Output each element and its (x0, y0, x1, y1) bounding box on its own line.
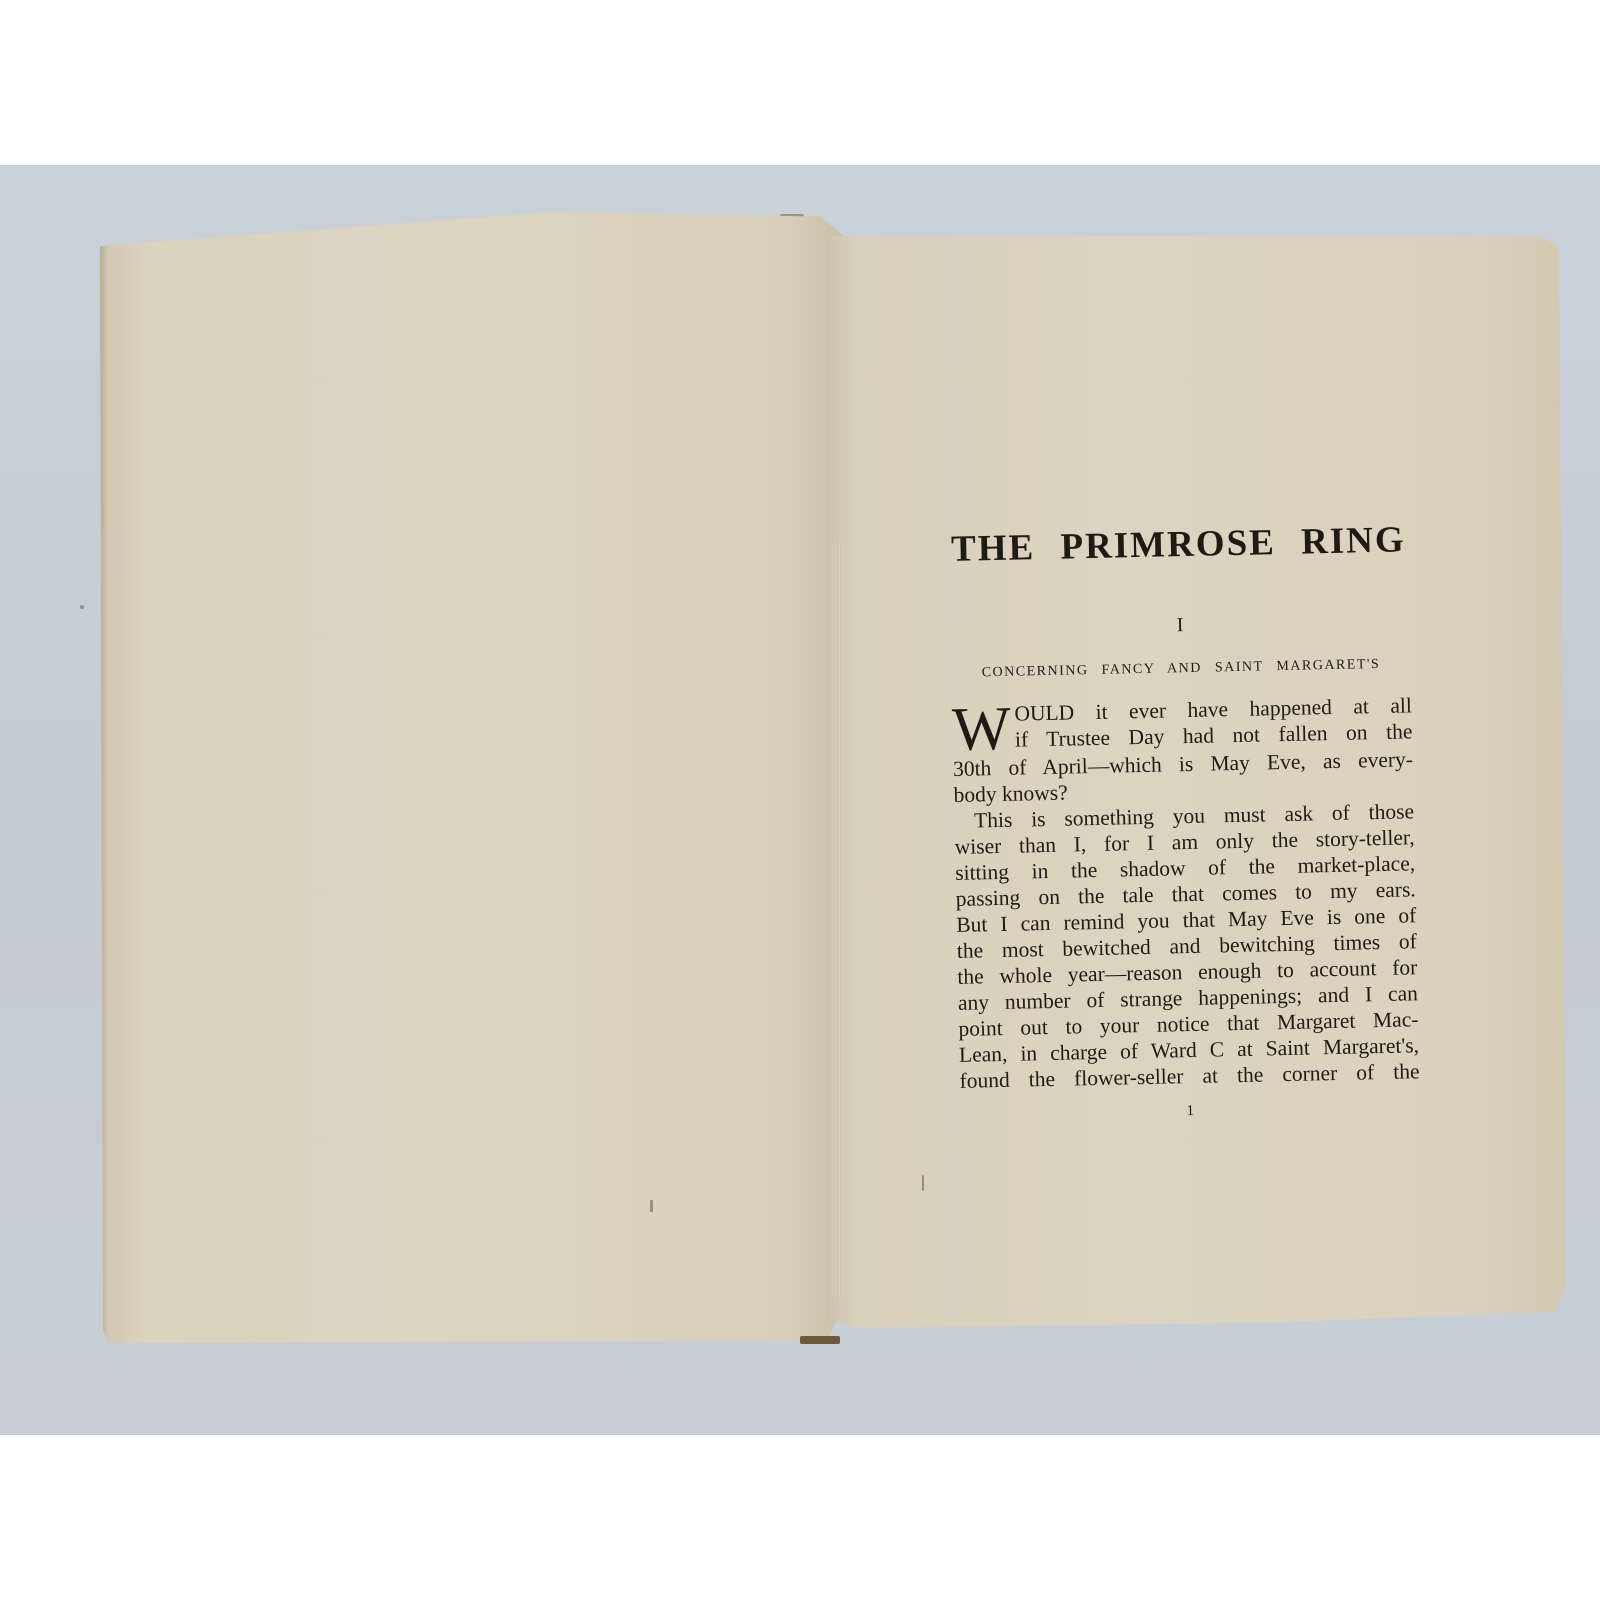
paragraph-1: W OULD it ever have happened at all if T… (952, 692, 1414, 808)
book-title: THE PRIMROSE RING (948, 518, 1409, 571)
chapter-number: I (950, 609, 1410, 642)
drop-cap: W (952, 703, 1012, 756)
chapter-title: CONCERNING FANCY AND SAINT MARGARET'S (951, 656, 1411, 682)
speck (922, 1175, 924, 1191)
printed-text-block: THE PRIMROSE RING I CONCERNING FANCY AND… (948, 518, 1420, 1125)
book-spine-bottom (800, 1336, 840, 1344)
speck (80, 605, 84, 609)
paragraph-2: This is something you must ask of those … (954, 798, 1420, 1094)
left-page-blank (100, 212, 850, 1352)
speck (650, 1200, 653, 1212)
binding-thread (838, 540, 841, 1300)
